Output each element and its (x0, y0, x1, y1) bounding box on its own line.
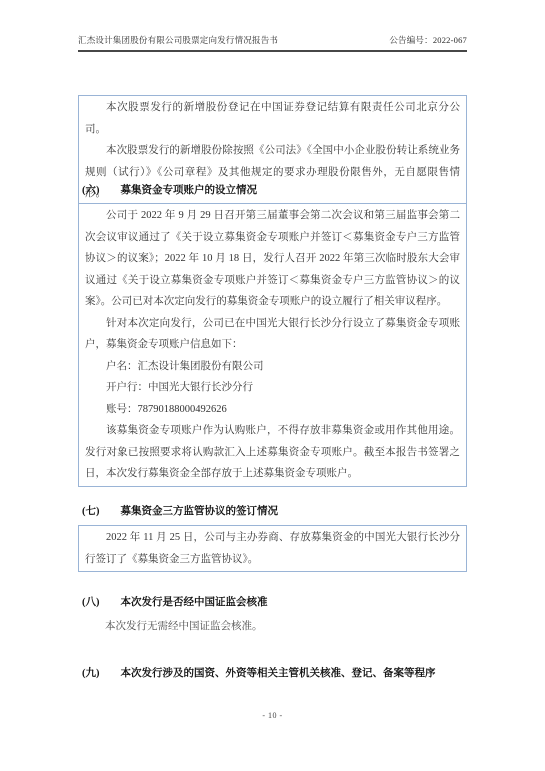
section-7-number: (七) (82, 506, 100, 517)
section-9-number: (九) (82, 668, 100, 679)
section-8-heading: (八)本次发行是否经中国证监会核准 (78, 592, 467, 614)
document-page: 汇杰设计集团股份有限公司股票定向发行情况报告书 公告编号：2022-067 本次… (0, 0, 545, 771)
section-7-disclosure-box: 2022 年 11 月 25 日，公司与主办券商、存放募集资金的中国光大银行长沙… (78, 525, 467, 572)
section-8-title: 本次发行是否经中国证监会核准 (121, 597, 268, 608)
page-header: 汇杰设计集团股份有限公司股票定向发行情况报告书 公告编号：2022-067 (78, 34, 467, 52)
paragraph: 2022 年 11 月 25 日，公司与主办券商、存放募集资金的中国光大银行长沙… (85, 527, 460, 570)
section-7-heading: (七)募集资金三方监管协议的签订情况 (78, 501, 467, 523)
paragraph: 公司于 2022 年 9 月 29 日召开第三届董事会第二次会议和第三届监事会第… (85, 205, 460, 313)
section-6-disclosure-box: 公司于 2022 年 9 月 29 日召开第三届董事会第二次会议和第三届监事会第… (78, 203, 467, 487)
paragraph: 本次发行无需经中国证监会核准。 (84, 616, 461, 638)
paragraph: 本次股票发行的新增股份登记在中国证券登记结算有限责任公司北京分公司。 (85, 97, 460, 140)
section-8-body: 本次发行无需经中国证监会核准。 (78, 616, 467, 638)
doc-title: 汇杰设计集团股份有限公司股票定向发行情况报告书 (78, 34, 278, 46)
paragraph: 户名：汇杰设计集团股份有限公司 (85, 356, 460, 378)
page-footer: - 10 - (0, 711, 545, 720)
section-9-title: 本次发行涉及的国资、外资等相关主管机关核准、登记、备案等程序 (121, 668, 436, 679)
paragraph: 账号：78790188000492626 (85, 399, 460, 421)
page-number: - 10 - (262, 711, 282, 720)
paragraph: 针对本次定向发行，公司已在中国光大银行长沙分行设立了募集资金专项账户，募集资金专… (85, 313, 460, 356)
paragraph: 开户行：中国光大银行长沙分行 (85, 377, 460, 399)
section-6-title: 募集资金专项账户的设立情况 (121, 185, 258, 196)
section-6-heading: (六)募集资金专项账户的设立情况 (78, 180, 467, 202)
announcement-number: 公告编号：2022-067 (389, 34, 467, 46)
section-6-number: (六) (82, 185, 100, 196)
section-9-heading: (九)本次发行涉及的国资、外资等相关主管机关核准、登记、备案等程序 (78, 663, 467, 685)
section-8-number: (八) (82, 597, 100, 608)
section-7-title: 募集资金三方监管协议的签订情况 (121, 506, 279, 517)
paragraph: 该募集资金专项账户作为认购账户，不得存放非募集资金或用作其他用途。发行对象已按照… (85, 420, 460, 485)
